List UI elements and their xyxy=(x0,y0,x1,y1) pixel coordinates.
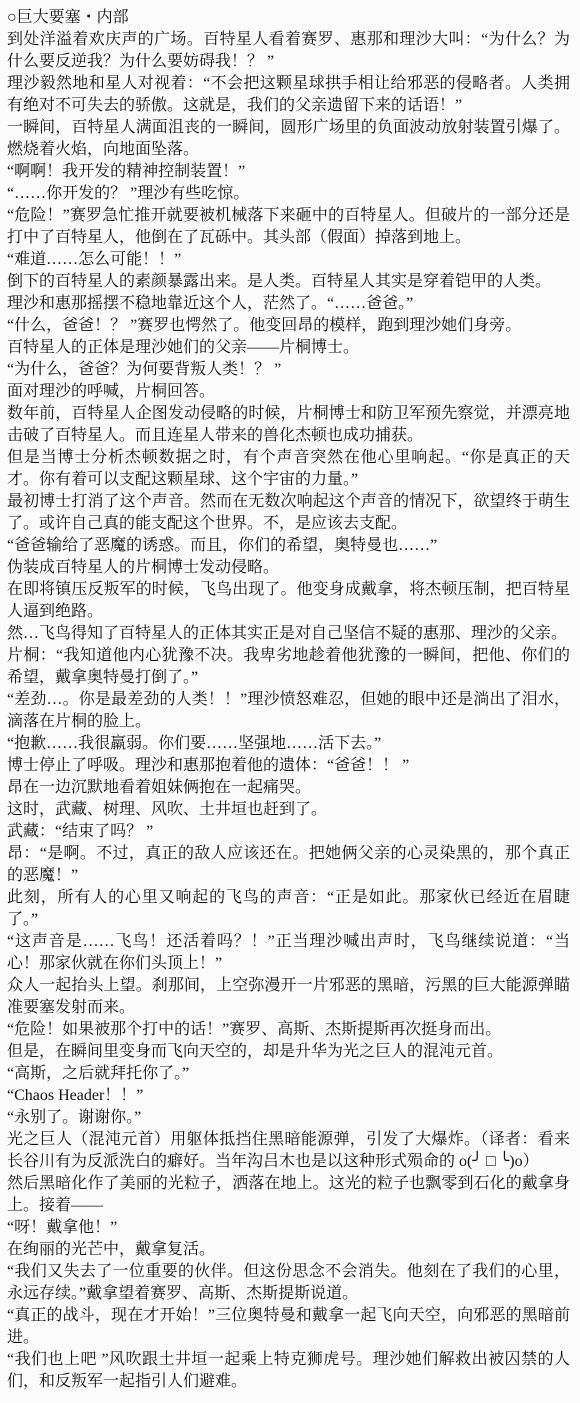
paragraph: 面对理沙的呼喊，片桐回答。 xyxy=(7,381,570,403)
paragraph: 昂在一边沉默地看着姐妹俩抱在一起痛哭。 xyxy=(7,777,570,799)
paragraph: “我们也上吧 ”风吹跟土井垣一起乘上特克狮虎号。理沙她们解救出被囚禁的人们，和反… xyxy=(7,1349,570,1393)
paragraph: 此刻，所有人的心里又响起的飞鸟的声音：“正是如此。那家伙已经近在眉睫了。” xyxy=(7,887,570,931)
paragraph: 光之巨人（混沌元首）用躯体抵挡住黑暗能源弹，引发了大爆炸。（译者：看来长谷川有为… xyxy=(7,1129,570,1173)
paragraph: “差劲…。你是最差劲的人类！！”理沙愤怒难忍，但她的眼中还是淌出了泪水，滴落在片… xyxy=(7,689,570,733)
paragraph: “爸爸输给了恶魔的诱惑。而且，你们的希望，奥特曼也……” xyxy=(7,535,570,557)
paragraph: 理沙毅然地和星人对视着：“不会把这颗星球拱手相让给邪恶的侵略者。人类拥有绝对不可… xyxy=(7,73,570,117)
paragraph: 但是当博士分析杰顿数据之时，有个声音突然在他心里响起。“你是真正的天才。你有着可… xyxy=(7,447,570,491)
paragraph-list: 到处洋溢着欢庆声的广场。百特星人看着赛罗、惠那和理沙大叫：“为什么？为什么要反逆… xyxy=(7,29,570,1393)
paragraph: 倒下的百特星人的素颜暴露出来。是人类。百特星人其实是穿着铠甲的人类。 xyxy=(7,271,570,293)
paragraph: 伪装成百特星人的片桐博士发动侵略。 xyxy=(7,557,570,579)
paragraph: 这时，武藏、树理、风吹、土井垣也赶到了。 xyxy=(7,799,570,821)
paragraph: 然…飞鸟得知了百特星人的正体其实正是对自己坚信不疑的惠那、理沙的父亲。 xyxy=(7,623,570,645)
paragraph: “我们又失去了一位重要的伙伴。但这份思念不会消失。他刻在了我们的心里，永远存续。… xyxy=(7,1261,570,1305)
paragraph: “……你开发的？ ”理沙有些吃惊。 xyxy=(7,183,570,205)
paragraph: “高斯，之后就拜托你了。” xyxy=(7,1063,570,1085)
paragraph: 然后黑暗化作了美丽的光粒子，洒落在地上。这光的粒子也飘零到石化的戴拿身上。接着—… xyxy=(7,1173,570,1217)
paragraph: “什么，爸爸！？ ”赛罗也愕然了。他变回昂的模样，跑到理沙她们身旁。 xyxy=(7,315,570,337)
paragraph: “危险！”赛罗急忙推开就要被机械落下来砸中的百特星人。但破片的一部分还是打中了百… xyxy=(7,205,570,249)
paragraph: “呀！戴拿他！” xyxy=(7,1217,570,1239)
paragraph: “真正的战斗，现在才开始！”三位奥特曼和戴拿一起飞向天空，向邪恶的黑暗前进。 xyxy=(7,1305,570,1349)
paragraph: 一瞬间，百特星人满面沮丧的一瞬间，圆形广场里的负面波动放射装置引爆了。燃烧着火焰… xyxy=(7,117,570,161)
paragraph: 众人一起抬头上望。刹那间，上空弥漫开一片邪恶的黑暗，污黑的巨大能源弹瞄准要塞发射… xyxy=(7,975,570,1019)
paragraph: 到处洋溢着欢庆声的广场。百特星人看着赛罗、惠那和理沙大叫：“为什么？为什么要反逆… xyxy=(7,29,570,73)
paragraph: 最初博士打消了这个声音。然而在无数次响起这个声音的情况下，欲望终于萌生了。或许自… xyxy=(7,491,570,535)
paragraph: 博士停止了呼吸。理沙和惠那抱着他的遗体：“爸爸！！ ” xyxy=(7,755,570,777)
paragraph: “抱歉……我很羸弱。你们要……坚强地……活下去。” xyxy=(7,733,570,755)
paragraph: 片桐：“我知道他内心犹豫不决。我卑劣地趁着他犹豫的一瞬间，把他、你们的希望，戴拿… xyxy=(7,645,570,689)
paragraph: “为什么，爸爸？为何要背叛人类！？ ” xyxy=(7,359,570,381)
paragraph: “危险！如果被那个打中的话！”赛罗、高斯、杰斯提斯再次挺身而出。 xyxy=(7,1019,570,1041)
paragraph: “难道……怎么可能！！” xyxy=(7,249,570,271)
paragraph: 在绚丽的光芒中，戴拿复活。 xyxy=(7,1239,570,1261)
paragraph: “永别了。谢谢你。” xyxy=(7,1107,570,1129)
paragraph: 但是，在瞬间里变身而飞向天空的，却是升华为光之巨人的混沌元首。 xyxy=(7,1041,570,1063)
paragraph: 理沙和惠那摇摆不稳地靠近这个人，茫然了。“……爸爸。” xyxy=(7,293,570,315)
paragraph: “啊啊！我开发的精神控制装置！” xyxy=(7,161,570,183)
paragraph: 数年前，百特星人企图发动侵略的时候，片桐博士和防卫军预先察觉，并漂亮地击破了百特… xyxy=(7,403,570,447)
paragraph: 在即将镇压反叛军的时候，飞鸟出现了。他变身成戴拿，将杰顿压制，把百特星人逼到绝路… xyxy=(7,579,570,623)
paragraph: 武藏：“结束了吗？ ” xyxy=(7,821,570,843)
document-page: ○巨大要塞・内部 到处洋溢着欢庆声的广场。百特星人看着赛罗、惠那和理沙大叫：“为… xyxy=(0,0,580,1403)
scene-heading: ○巨大要塞・内部 xyxy=(7,7,570,29)
paragraph: “这声音是……飞鸟！还活着吗？！”正当理沙喊出声时，飞鸟继续说道：“当心！那家伙… xyxy=(7,931,570,975)
paragraph: 百特星人的正体是理沙她们的父亲——片桐博士。 xyxy=(7,337,570,359)
paragraph: 昂：“是啊。不过，真正的敌人应该还在。把她俩父亲的心灵染黑的，那个真正的恶魔！” xyxy=(7,843,570,887)
paragraph: “Chaos Header！！” xyxy=(7,1085,570,1107)
